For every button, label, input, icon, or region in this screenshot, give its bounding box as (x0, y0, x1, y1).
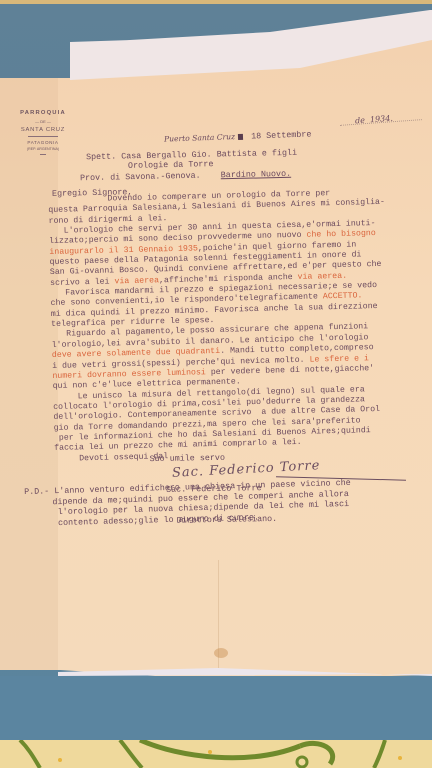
recipient-town: Bardino Nuovo. (221, 169, 292, 180)
year-prefix: de (355, 116, 365, 126)
top-paper-edge (0, 0, 432, 4)
patterned-surface (0, 740, 432, 768)
date-day-month: 18 Settembre (251, 129, 312, 141)
red-highlight-text: Le sfere e i (309, 354, 369, 364)
body-text: scrivo a lei (50, 277, 115, 288)
letterhead-mark (40, 154, 46, 155)
blue-board-bottom (0, 676, 432, 740)
letterhead-parish: PARROQUIA (8, 110, 78, 116)
place-name: Puerto Santa Cruz (164, 132, 235, 143)
letterhead-de: — DE — (8, 119, 78, 124)
red-highlight-text: ACCETTO. (323, 292, 363, 302)
red-highlight-text: che ho bisogno (306, 229, 376, 240)
letter-left-margin (0, 78, 58, 670)
recipient-line-2: Orologie da Torre (128, 159, 214, 171)
postscript-label: P.D.- (24, 486, 49, 497)
letterhead-santa-cruz: SANTA CRUZ (8, 127, 78, 133)
red-highlight-text: via aerea. (298, 271, 348, 281)
stamp-mark (238, 134, 243, 140)
letter-body: Dovendo io comperare un orologio da Torr… (48, 188, 391, 465)
letterhead-republic: (REP. ARGENTINA) (8, 147, 78, 151)
letterhead-rule (28, 136, 58, 137)
vine-pattern-icon (0, 740, 432, 768)
paper-stain (214, 648, 228, 658)
red-highlight-text: via aerea (114, 276, 159, 286)
letterhead: PARROQUIA — DE — SANTA CRUZ PATAGONIA (R… (8, 110, 78, 155)
year-value: 1934. (370, 114, 393, 125)
letterhead-patagonia: PATAGONIA (8, 140, 78, 145)
